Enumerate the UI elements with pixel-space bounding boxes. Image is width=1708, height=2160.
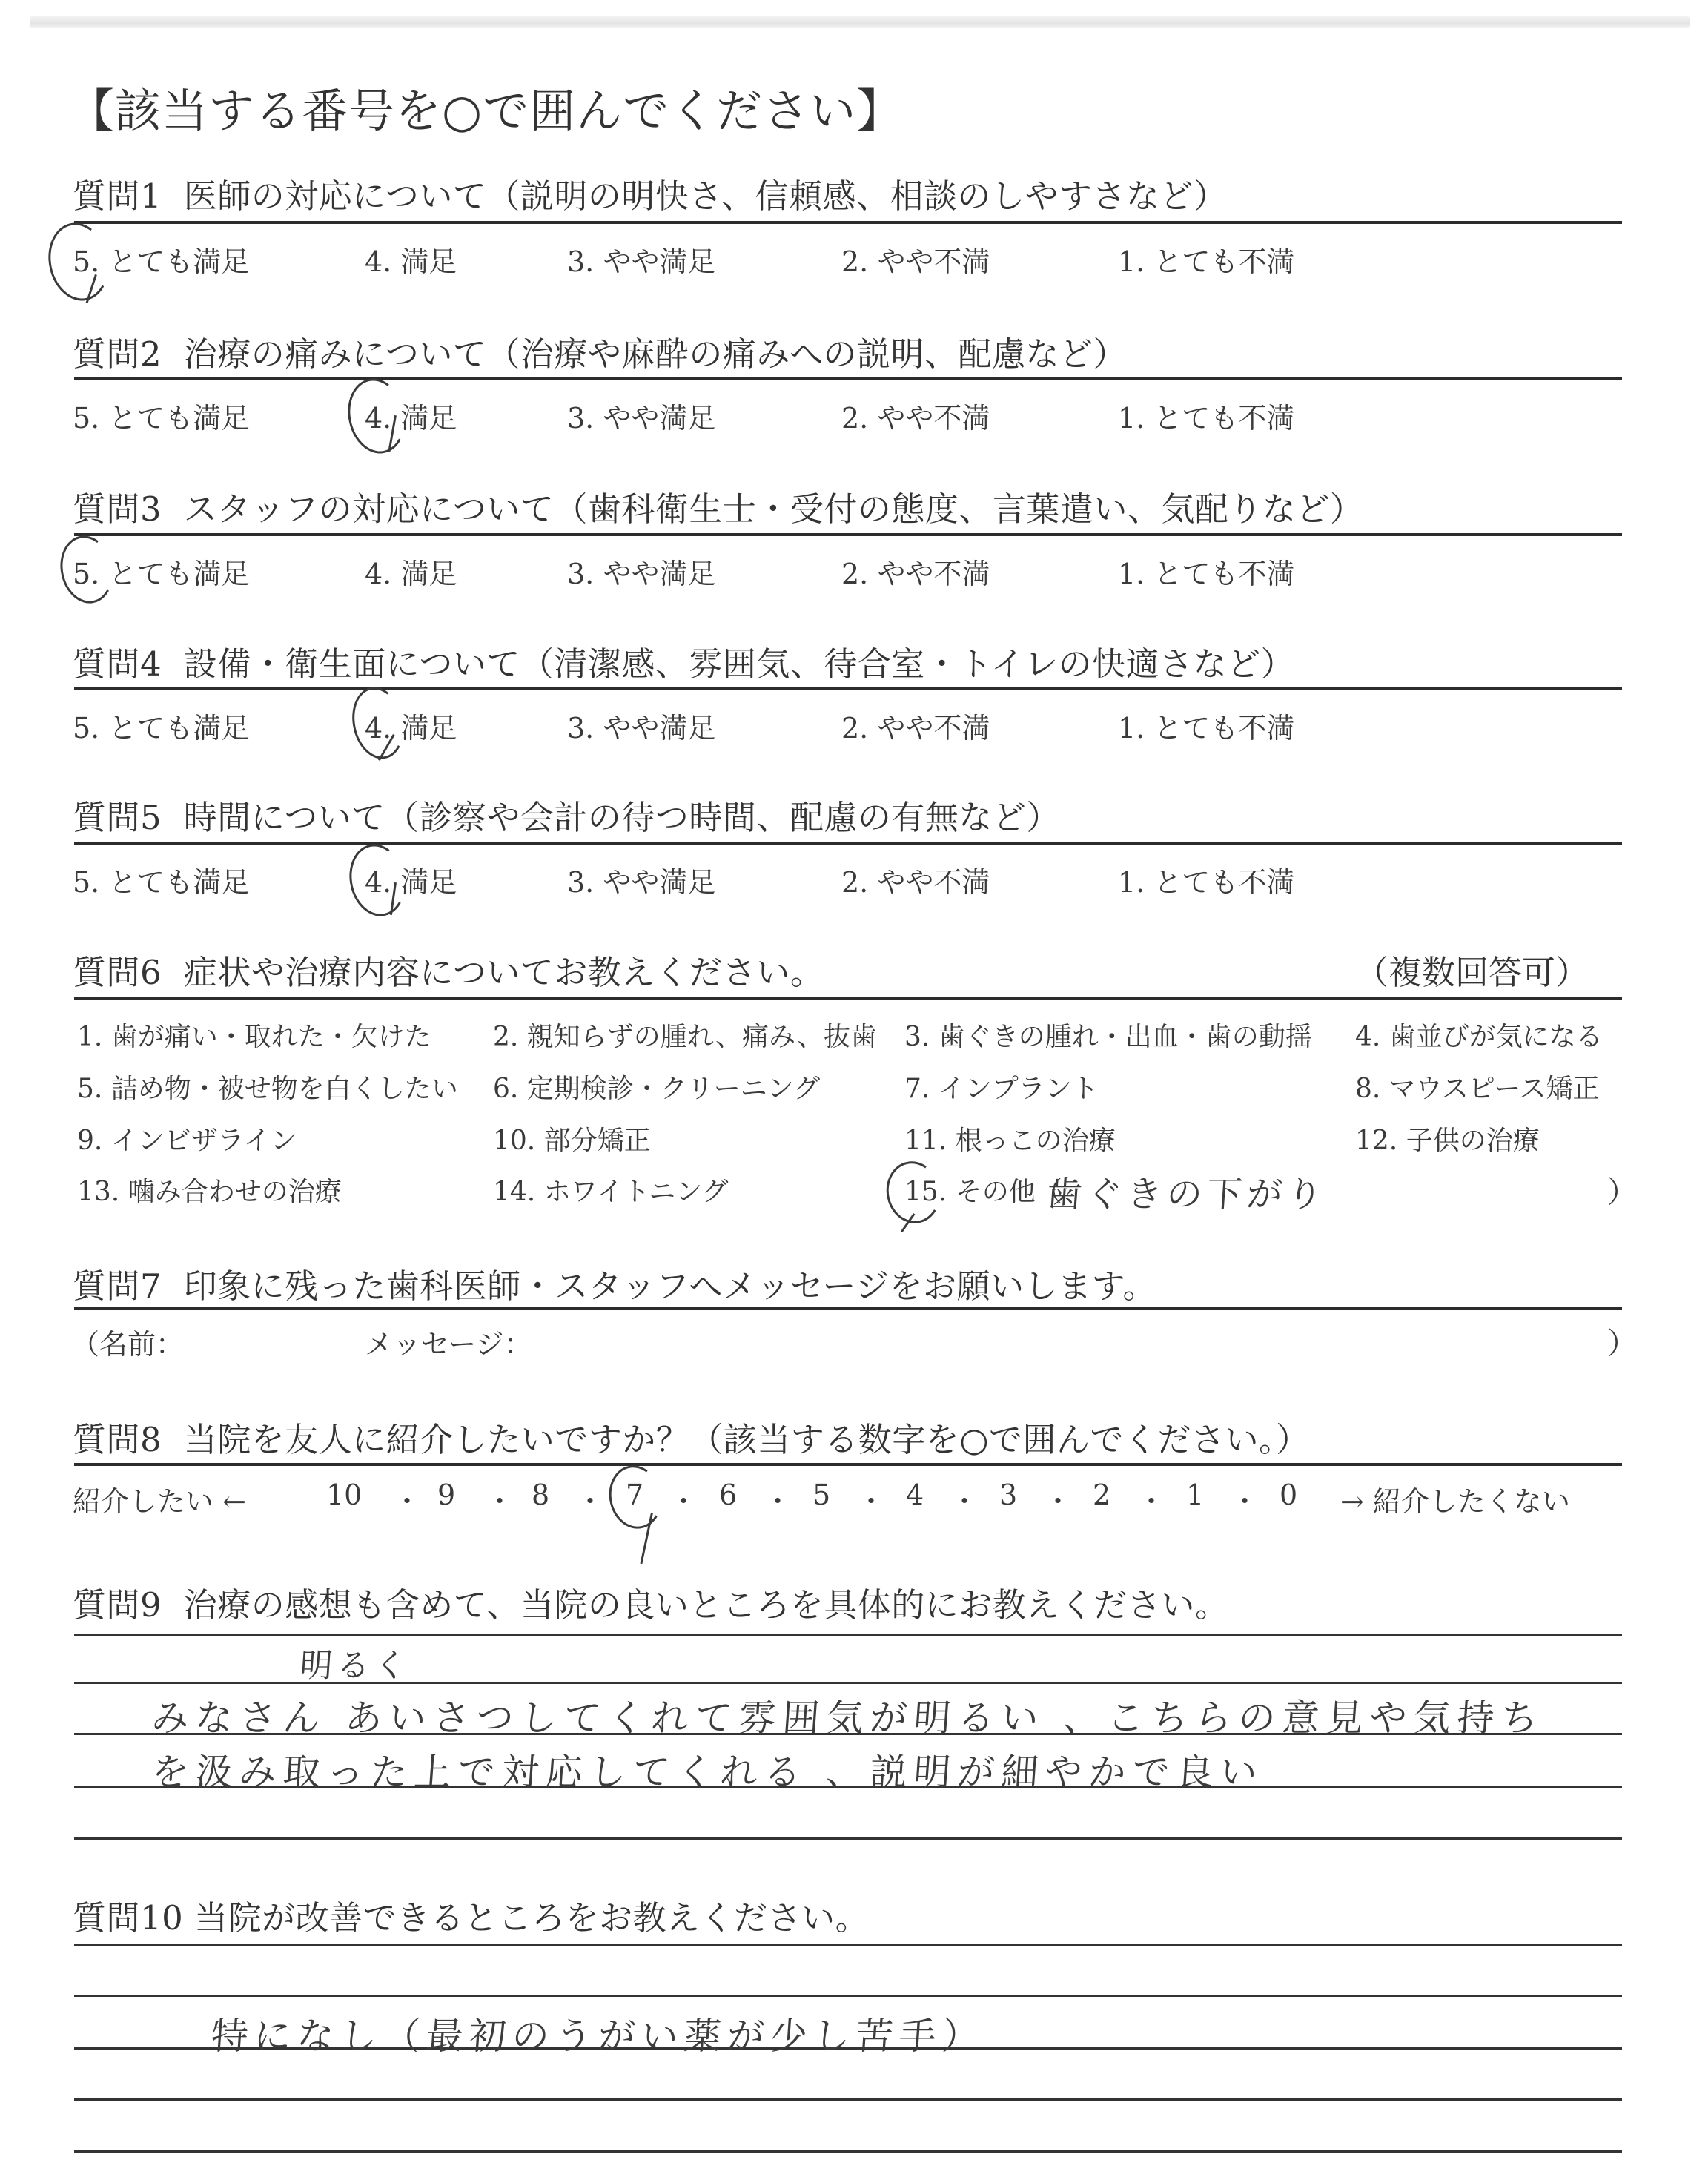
question-9-header: 質問9 治療の感想も含めて、当院の良いところを具体的にお教えください。 [73, 1578, 1228, 1626]
q2-option-2[interactable]: 2. やや不満 [841, 395, 990, 436]
question-number: 質問1 [73, 176, 162, 216]
question-text: 医師の対応について（説明の明快さ、信頼感、相談のしやすさなど） [184, 176, 1228, 216]
question-5-header: 質問5 時間について（診察や会計の待つ時間、配慮の有無など） [73, 790, 1060, 839]
scale-separator: ・ [486, 1479, 514, 1519]
form-title: 【該当する番号を○で囲んでください】 [68, 74, 903, 140]
scale-separator: ・ [1137, 1479, 1165, 1519]
q6-option-5[interactable]: 5. 詰め物・被せ物を白くしたい [77, 1068, 458, 1106]
question-text: 治療の痛みについて（治療や麻酔の痛みへの説明、配慮など） [184, 334, 1127, 374]
question-3-header: 質問3 スタッフの対応について（歯科衛生士・受付の態度、言葉遣い、気配りなど） [73, 482, 1363, 530]
question-8-rule [74, 1463, 1622, 1466]
q6-option-2[interactable]: 2. 親知らずの腫れ、痛み、抜歯 [493, 1016, 877, 1054]
q6-option-8[interactable]: 8. マウスピース矯正 [1355, 1068, 1599, 1106]
q5-option-3[interactable]: 3. やや満足 [567, 859, 715, 900]
question-text: 時間について（診察や会計の待つ時間、配慮の有無など） [184, 798, 1060, 837]
scale-right-label: → 紹介したくない [1340, 1479, 1570, 1519]
q6-option-12[interactable]: 12. 子供の治療 [1355, 1120, 1540, 1157]
answer-line [74, 2098, 1622, 2101]
q1-option-2[interactable]: 2. やや不満 [841, 239, 990, 280]
q2-option-5[interactable]: 5. とても満足 [73, 395, 249, 436]
question-number: 質問2 [73, 334, 162, 374]
scale-10[interactable]: 10 [326, 1479, 362, 1511]
q2-option-3[interactable]: 3. やや満足 [567, 395, 715, 436]
scale-separator: ・ [1231, 1479, 1259, 1519]
question-number: 質問8 [73, 1420, 162, 1459]
selection-circle-mark [42, 217, 116, 306]
q3-option-2[interactable]: 2. やや不満 [841, 551, 990, 592]
q5-option-1[interactable]: 1. とても不満 [1118, 859, 1294, 900]
question-10-header: 質問10 当院が改善できるところをお教えください。 [73, 1891, 869, 1939]
q3-option-4[interactable]: 4. 満足 [365, 551, 457, 592]
question-4-header: 質問4 設備・衛生面について（清潔感、雰囲気、待合室・トイレの快適さなど） [73, 637, 1294, 685]
answer-line [74, 1995, 1622, 1997]
q1-option-3[interactable]: 3. やや満足 [567, 239, 715, 280]
q3-option-1[interactable]: 1. とても不満 [1118, 551, 1294, 592]
q6-option-3[interactable]: 3. 歯ぐきの腫れ・出血・歯の動揺 [904, 1016, 1312, 1054]
question-number: 質問6 [73, 953, 162, 992]
scale-separator: ・ [764, 1479, 792, 1519]
q5-option-5[interactable]: 5. とても満足 [73, 859, 249, 900]
q6-option-4[interactable]: 4. 歯並びが気になる [1355, 1016, 1603, 1054]
question-text: 当院を友人に紹介したいですか？（該当する数字を○で囲んでください。） [184, 1420, 1310, 1459]
question-7-rule [74, 1307, 1622, 1310]
selection-circle-mark [343, 839, 412, 921]
answer-line [74, 1944, 1622, 1946]
q4-option-2[interactable]: 2. やや不満 [841, 705, 990, 746]
scale-left-label: 紹介したい ← [73, 1479, 246, 1519]
q6-option-13[interactable]: 13. 噛み合わせの治療 [77, 1171, 342, 1209]
question-number: 質問4 [73, 644, 162, 684]
question-text: 症状や治療内容についてお教えください。 [184, 953, 824, 992]
question-text: 設備・衛生面について（清潔感、雰囲気、待合室・トイレの快適さなど） [184, 644, 1294, 684]
q4-option-3[interactable]: 3. やや満足 [567, 705, 715, 746]
scale-9[interactable]: 9 [437, 1479, 455, 1511]
question-text: 印象に残った歯科医師・スタッフへメッセージをお願いします。 [184, 1266, 1156, 1306]
selection-circle-mark [54, 531, 119, 609]
scale-separator: ・ [950, 1479, 979, 1519]
q7-close-paren: ） [1607, 1320, 1637, 1362]
q2-option-1[interactable]: 1. とても不満 [1118, 395, 1294, 436]
selection-circle-mark [346, 682, 411, 764]
scale-4[interactable]: 4 [906, 1479, 924, 1511]
scale-separator: ・ [393, 1479, 421, 1519]
q4-option-1[interactable]: 1. とても不満 [1118, 705, 1294, 746]
scale-separator: ・ [1044, 1479, 1072, 1519]
question-1-header: 質問1 医師の対応について（説明の明快さ、信頼感、相談のしやすさなど） [73, 169, 1228, 217]
question-number: 質問3 [73, 489, 162, 529]
question-3-rule [74, 533, 1622, 536]
q6-option-10[interactable]: 10. 部分矯正 [493, 1120, 651, 1157]
question-1-rule [74, 221, 1622, 224]
q6-option-14[interactable]: 14. ホワイトニング [493, 1171, 728, 1209]
q6-option-7[interactable]: 7. インプラント [904, 1068, 1099, 1106]
q6-option-1[interactable]: 1. 歯が痛い・取れた・欠けた [77, 1016, 431, 1054]
name-label: （名前： [71, 1321, 184, 1362]
question-7-header: 質問7 印象に残った歯科医師・スタッフへメッセージをお願いします。 [73, 1259, 1156, 1307]
question-text: スタッフの対応について（歯科衛生士・受付の態度、言葉遣い、気配りなど） [184, 489, 1364, 529]
name-field[interactable] [185, 1321, 356, 1355]
scale-separator: ・ [857, 1479, 885, 1519]
question-text: 治療の感想も含めて、当院の良いところを具体的にお教えください。 [184, 1585, 1229, 1625]
q6-option-6[interactable]: 6. 定期検診・クリーニング [493, 1068, 820, 1106]
scale-5[interactable]: 5 [812, 1479, 830, 1511]
answer-line [74, 1837, 1622, 1840]
scale-8[interactable]: 8 [532, 1479, 549, 1511]
scale-3[interactable]: 3 [999, 1479, 1017, 1511]
q6-other-close-paren: ） [1607, 1169, 1637, 1211]
question-number: 質問10 [73, 1898, 183, 1938]
selection-circle-mark [881, 1156, 946, 1228]
scale-separator: ・ [669, 1479, 698, 1519]
selection-circle-mark [603, 1461, 667, 1534]
question-6-header: 質問6 症状や治療内容についてお教えください。 [73, 945, 824, 994]
question-number: 質問7 [73, 1266, 162, 1306]
answer-line [74, 2150, 1622, 2153]
q10-answer-line-1: 特になし（最初のうがい薬が少し苦手） [209, 2007, 987, 2060]
scale-0[interactable]: 0 [1280, 1479, 1297, 1511]
scale-2[interactable]: 2 [1093, 1479, 1110, 1511]
scale-separator: ・ [576, 1479, 604, 1519]
question-8-header: 質問8 当院を友人に紹介したいですか？（該当する数字を○で囲んでください。） [73, 1413, 1310, 1461]
q1-option-4[interactable]: 4. 満足 [365, 239, 457, 280]
question-number: 質問5 [73, 798, 162, 837]
scale-1[interactable]: 1 [1186, 1479, 1204, 1511]
q5-option-2[interactable]: 2. やや不満 [841, 859, 990, 900]
q9-answer-insert: 明るく [299, 1639, 413, 1686]
scan-edge-bar [30, 16, 1690, 28]
q4-option-5[interactable]: 5. とても満足 [73, 705, 249, 746]
message-label: メッセージ： [365, 1321, 532, 1362]
question-5-rule [74, 842, 1622, 845]
q1-option-1[interactable]: 1. とても不満 [1118, 239, 1294, 280]
q3-option-3[interactable]: 3. やや満足 [567, 551, 715, 592]
question-number: 質問9 [73, 1585, 162, 1625]
selection-circle-mark [341, 373, 412, 459]
question-6-rule [74, 997, 1622, 1000]
message-field[interactable] [549, 1321, 1586, 1355]
q9-answer-line-2: を汲み取った上で対応してくれる 、説明が細やかで良い [150, 1743, 1265, 1796]
q6-other-answer[interactable]: 歯ぐきの下がり [1045, 1166, 1329, 1217]
question-2-header: 質問2 治療の痛みについて（治療や麻酔の痛みへの説明、配慮など） [73, 327, 1127, 375]
question-4-rule [74, 687, 1622, 690]
q6-option-11[interactable]: 11. 根っこの治療 [904, 1120, 1116, 1157]
answer-line [74, 1634, 1622, 1636]
multiple-answers-note: （複数回答可） [1355, 945, 1589, 994]
q6-option-9[interactable]: 9. インビザライン [77, 1120, 297, 1157]
question-text: 当院が改善できるところをお教えください。 [194, 1898, 869, 1938]
scale-6[interactable]: 6 [719, 1479, 737, 1511]
question-2-rule [74, 377, 1622, 380]
q9-answer-line-1: みなさん あいさつしてくれて雰囲気が明るい 、こちらの意見や気持ち [150, 1688, 1546, 1742]
